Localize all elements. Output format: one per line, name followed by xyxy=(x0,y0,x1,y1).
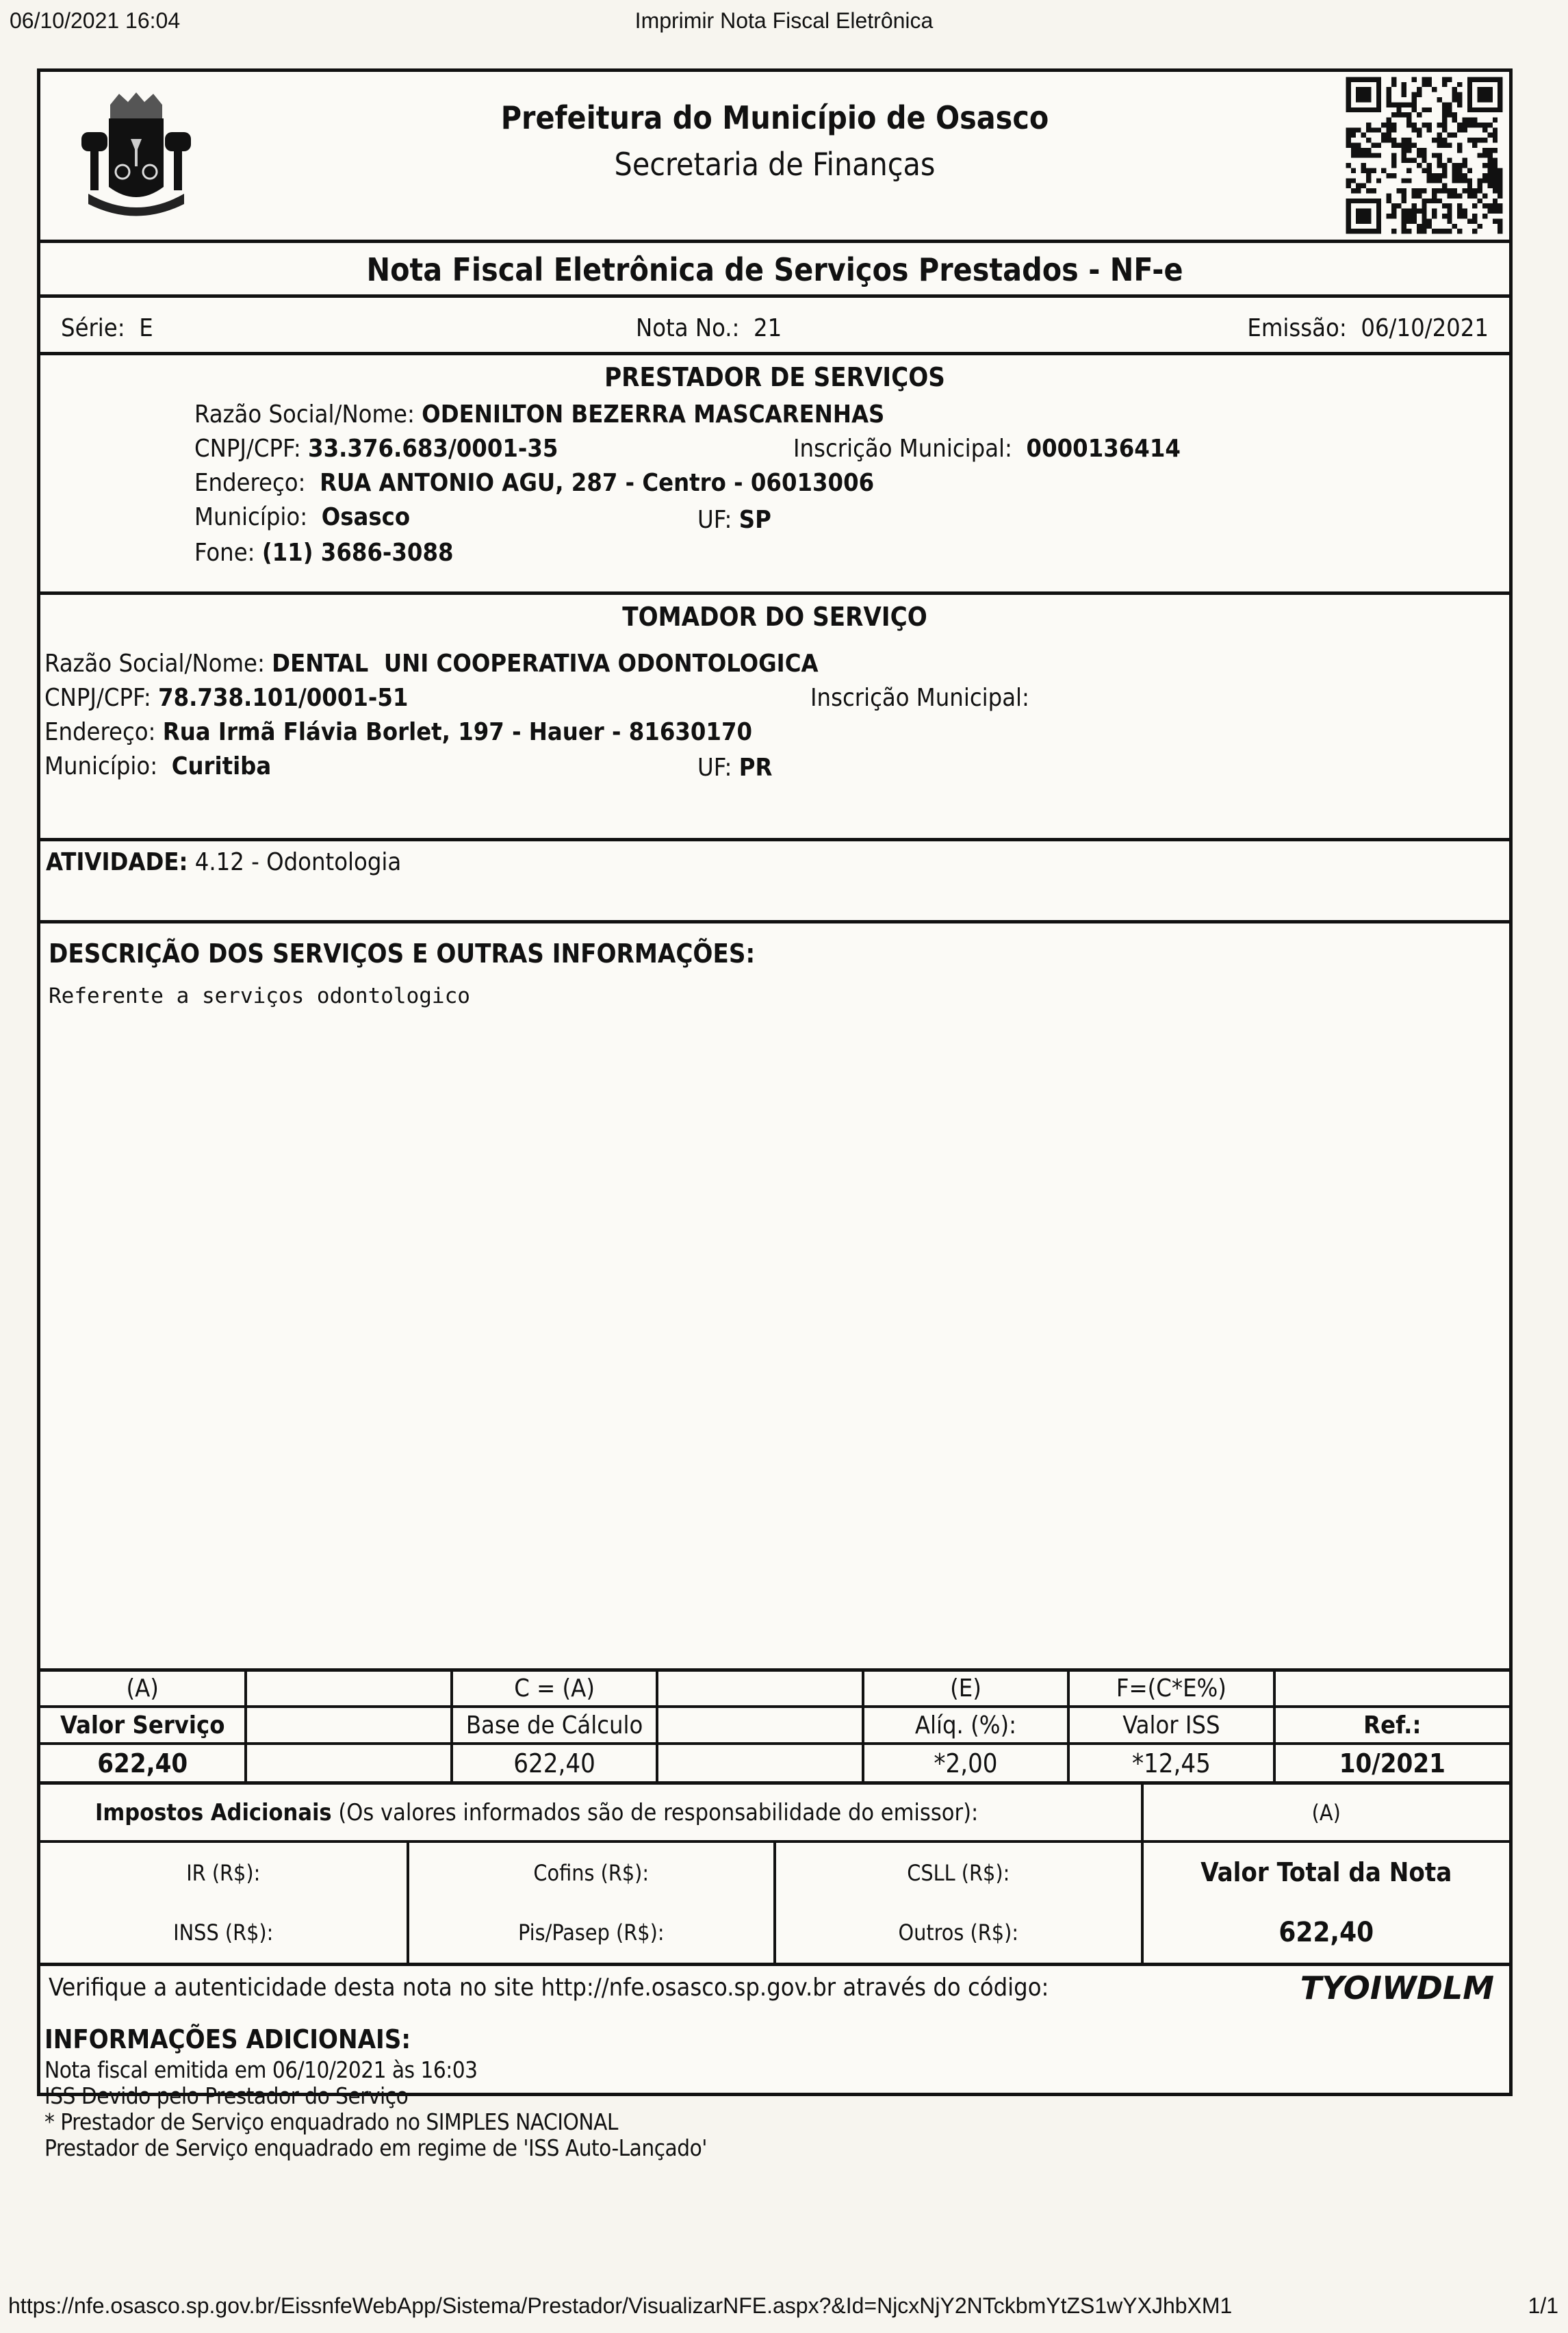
prestador-razao-value: ODENILTON BEZERRA MASCARENHAS xyxy=(422,400,884,429)
base-calculo-value: 622,40 xyxy=(452,1744,657,1781)
iss-formula-row: (A) C = (A) (E) F=(C*E%) xyxy=(40,1672,1509,1707)
emissao-value: 06/10/2021 xyxy=(1361,314,1489,342)
invoice-meta: Série: E Nota No.: 21 Emissão: 06/10/202… xyxy=(40,298,1509,355)
atividade-section: ATIVIDADE: 4.12 - Odontologia xyxy=(40,841,1509,923)
tomador-heading: TOMADOR DO SERVIÇO xyxy=(40,602,1509,632)
cofins-label: Cofins (R$): xyxy=(409,1860,774,1886)
tomador-municipio-value: Curitiba xyxy=(172,752,272,780)
ir-inss-cell: IR (R$): INSS (R$): xyxy=(40,1841,408,1963)
atividade-value: 4.12 - Odontologia xyxy=(195,848,401,876)
descricao-section: DESCRIÇÃO DOS SERVIÇOS E OUTRAS INFORMAÇ… xyxy=(40,923,1509,1673)
verification-line: Verifique a autenticidade desta nota no … xyxy=(49,1974,1501,2002)
print-page-number: 1/1 xyxy=(1528,2293,1558,2319)
tomador-cnpj: CNPJ/CPF: 78.738.101/0001-51 xyxy=(44,684,408,712)
prestador-fone: Fone: (11) 3686-3088 xyxy=(194,539,454,567)
valor-iss-value: *12,45 xyxy=(1068,1744,1274,1781)
info-line: * Prestador de Serviço enquadrado no SIM… xyxy=(44,2109,707,2135)
prestador-razao: Razão Social/Nome: ODENILTON BEZERRA MAS… xyxy=(194,400,884,429)
csll-outros-cell: CSLL (R$): Outros (R$): xyxy=(775,1841,1142,1963)
serie-value: E xyxy=(139,314,153,342)
nfe-document: Prefeitura do Município de Osasco Secret… xyxy=(37,68,1513,2096)
ref-header: Ref.: xyxy=(1274,1707,1509,1744)
atividade: ATIVIDADE: 4.12 - Odontologia xyxy=(46,848,401,876)
tomador-endereco: Endereço: Rua Irmã Flávia Borlet, 197 - … xyxy=(44,718,752,746)
prestador-im-value: 0000136414 xyxy=(1027,435,1181,463)
info-line: ISS Devido pelo Prestador do Serviço xyxy=(44,2083,707,2109)
prestador-cnpj: CNPJ/CPF: 33.376.683/0001-35 xyxy=(194,435,558,463)
aliquota-value: *2,00 xyxy=(863,1744,1068,1781)
print-header: 06/10/2021 16:04 Imprimir Nota Fiscal El… xyxy=(0,8,1568,36)
impostos-heading: Impostos Adicionais (Os valores informad… xyxy=(40,1785,1142,1841)
informacoes-heading: INFORMAÇÕES ADICIONAIS: xyxy=(44,2024,411,2054)
base-calculo-header: Base de Cálculo xyxy=(452,1707,657,1744)
prestador-municipio: Município: Osasco xyxy=(194,503,410,531)
csll-label: CSLL (R$): xyxy=(776,1860,1141,1886)
iss-header-row: Valor Serviço Base de Cálculo Alíq. (%):… xyxy=(40,1707,1509,1744)
pis-label: Pis/Pasep (R$): xyxy=(409,1920,774,1946)
descricao-heading: DESCRIÇÃO DOS SERVIÇOS E OUTRAS INFORMAÇ… xyxy=(49,939,755,969)
valor-iss-header: Valor ISS xyxy=(1068,1707,1274,1744)
prestador-cnpj-value: 33.376.683/0001-35 xyxy=(308,435,558,463)
inss-label: INSS (R$): xyxy=(40,1920,407,1946)
info-line: Nota fiscal emitida em 06/10/2021 às 16:… xyxy=(44,2057,707,2083)
tomador-razao-value: DENTAL UNI COOPERATIVA ODONTOLOGICA xyxy=(272,650,818,678)
prestador-im: Inscrição Municipal: 0000136414 xyxy=(793,435,1181,463)
tomador-uf: UF: PR xyxy=(697,754,772,782)
prestador-fone-value: (11) 3686-3088 xyxy=(262,539,454,567)
prestador-section: PRESTADOR DE SERVIÇOS Razão Social/Nome:… xyxy=(40,355,1509,595)
prestador-municipio-value: Osasco xyxy=(322,503,410,531)
valor-servico-value: 622,40 xyxy=(40,1744,246,1781)
impostos-adicionais: Impostos Adicionais (Os valores informad… xyxy=(40,1785,1509,1966)
prestador-uf: UF: SP xyxy=(697,506,771,534)
iss-value-row: 622,40 622,40 *2,00 *12,45 10/2021 xyxy=(40,1744,1509,1781)
tomador-cnpj-value: 78.738.101/0001-51 xyxy=(158,684,408,712)
informacoes-list: Nota fiscal emitida em 06/10/2021 às 16:… xyxy=(44,2057,707,2161)
serie-field: Série: E xyxy=(61,314,153,342)
tomador-section: TOMADOR DO SERVIÇO Razão Social/Nome: DE… xyxy=(40,595,1509,841)
department-name: Secretaria de Finanças xyxy=(40,146,1509,183)
iss-table: (A) C = (A) (E) F=(C*E%) Valor Serviço B… xyxy=(40,1668,1509,1785)
tomador-razao: Razão Social/Nome: DENTAL UNI COOPERATIV… xyxy=(44,650,819,678)
aliquota-header: Alíq. (%): xyxy=(863,1707,1068,1744)
total-formula: (A) xyxy=(1142,1785,1510,1841)
tomador-municipio: Município: Curitiba xyxy=(44,752,271,780)
tomador-uf-value: PR xyxy=(739,754,773,782)
ir-label: IR (R$): xyxy=(40,1860,407,1886)
document-title: Nota Fiscal Eletrônica de Serviços Prest… xyxy=(40,251,1509,288)
print-footer: https://nfe.osasco.sp.gov.br/EissnfeWebA… xyxy=(0,2293,1568,2321)
valor-total-value: 622,40 xyxy=(1144,1917,1510,1948)
info-line: Prestador de Serviço enquadrado em regim… xyxy=(44,2135,707,2161)
descricao-text: Referente a serviços odontologico xyxy=(49,984,470,1008)
valor-total-cell: Valor Total da Nota 622,40 xyxy=(1142,1841,1510,1963)
print-title: Imprimir Nota Fiscal Eletrônica xyxy=(0,8,1568,34)
prestador-heading: PRESTADOR DE SERVIÇOS xyxy=(40,362,1509,392)
nota-number-field: Nota No.: 21 xyxy=(636,314,782,342)
tomador-endereco-value: Rua Irmã Flávia Borlet, 197 - Hauer - 81… xyxy=(163,718,752,746)
nota-number-value: 21 xyxy=(754,314,782,342)
outros-label: Outros (R$): xyxy=(776,1920,1141,1946)
prestador-endereco-value: RUA ANTONIO AGU, 287 - Centro - 06013006 xyxy=(320,469,874,497)
prestador-endereco: Endereço: RUA ANTONIO AGU, 287 - Centro … xyxy=(194,469,874,497)
emissao-field: Emissão: 06/10/2021 xyxy=(1247,314,1489,342)
ref-value: 10/2021 xyxy=(1274,1744,1509,1781)
prestador-uf-value: SP xyxy=(739,506,771,534)
cofins-pis-cell: Cofins (R$): Pis/Pasep (R$): xyxy=(408,1841,775,1963)
document-header: Prefeitura do Município de Osasco Secret… xyxy=(40,72,1509,243)
org-name: Prefeitura do Município de Osasco xyxy=(40,99,1509,136)
document-title-bar: Nota Fiscal Eletrônica de Serviços Prest… xyxy=(40,243,1509,298)
tomador-im: Inscrição Municipal: xyxy=(810,684,1029,712)
verification-code: TYOIWDLM xyxy=(1300,1969,1494,2006)
print-url: https://nfe.osasco.sp.gov.br/EissnfeWebA… xyxy=(8,2293,1232,2319)
valor-servico-header: Valor Serviço xyxy=(40,1707,246,1744)
valor-total-label: Valor Total da Nota xyxy=(1144,1857,1510,1887)
qr-code-icon xyxy=(1339,72,1509,239)
verification-text: Verifique a autenticidade desta nota no … xyxy=(49,1974,1049,2002)
